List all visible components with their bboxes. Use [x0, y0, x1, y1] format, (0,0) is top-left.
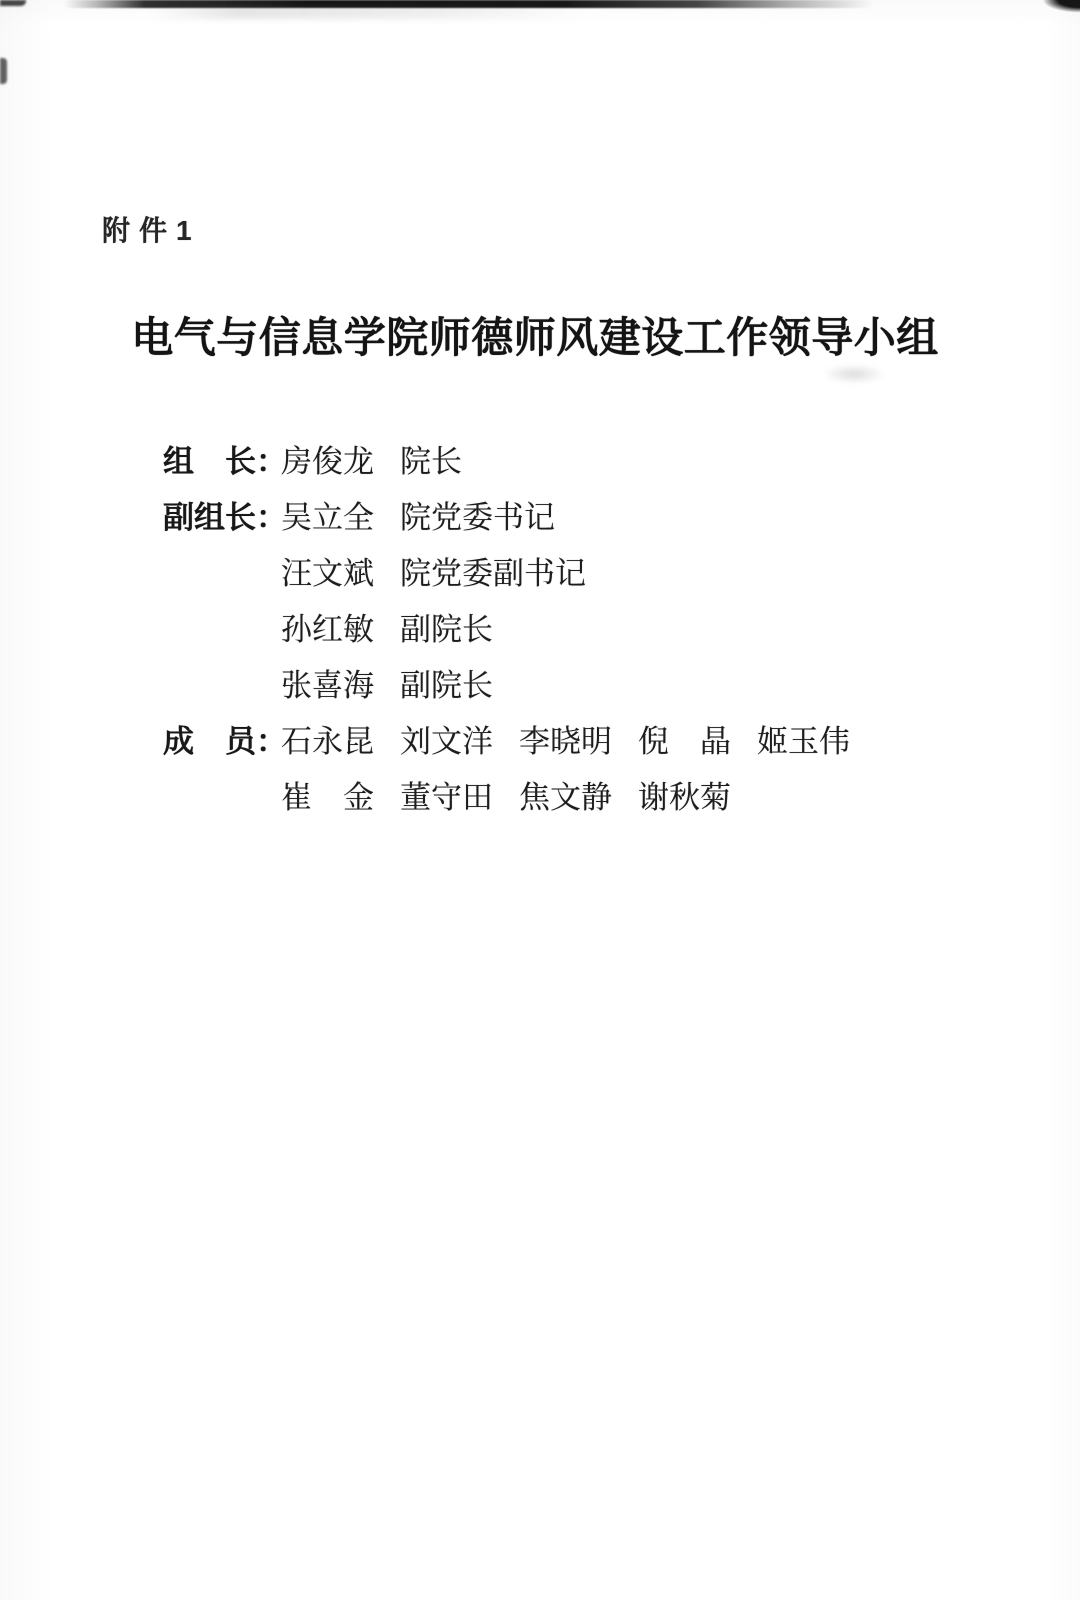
member-name: 石永昆: [281, 716, 374, 761]
scan-artifact-left-edge-mark: [0, 58, 7, 84]
member-name: 汪文斌: [281, 548, 400, 593]
member-name: 吴立全: [281, 492, 400, 537]
member-name: 倪 晶: [638, 716, 731, 761]
member-name: 李晓明: [519, 716, 612, 761]
member-name: 孙红敏: [281, 604, 400, 649]
roster-row-deputy-leader: 张喜海 副院长: [163, 654, 850, 710]
member-title: 副院长: [400, 660, 493, 705]
scan-artifact-top-right-corner: [1040, 0, 1080, 16]
scan-artifact-smudge: [822, 364, 886, 384]
roster-row-leader: 组 长： 房俊龙 院长: [163, 430, 850, 486]
member-name: 张喜海: [281, 660, 400, 705]
roster-row-members: 成 员： 石永昆 刘文洋 李晓明 倪 晶 姬玉伟: [163, 710, 850, 766]
member-name: 董守田: [400, 772, 493, 817]
member-name: 房俊龙: [281, 436, 400, 481]
roster-row-deputy-leader: 汪文斌 院党委副书记: [163, 542, 850, 598]
roster-row-members: 崔 金 董守田 焦文静 谢秋菊: [163, 766, 850, 822]
role-label: 成 员: [163, 716, 256, 761]
member-title: 副院长: [400, 604, 493, 649]
roster-row-deputy-leader: 副组长： 吴立全 院党委书记: [163, 486, 850, 542]
roster: 组 长： 房俊龙 院长 副组长： 吴立全 院党委书记 汪文斌 院党委副书记 孙红…: [163, 430, 850, 822]
members-list: 石永昆 刘文洋 李晓明 倪 晶 姬玉伟: [281, 716, 850, 761]
member-name: 崔 金: [281, 772, 374, 817]
member-name: 姬玉伟: [757, 716, 850, 761]
member-title: 院党委书记: [400, 492, 555, 537]
member-name: 刘文洋: [400, 716, 493, 761]
roster-row-deputy-leader: 孙红敏 副院长: [163, 598, 850, 654]
scan-artifact-top-edge: [64, 0, 874, 8]
attachment-label: 附件1: [102, 209, 201, 249]
role-label: 副组长: [163, 492, 256, 537]
role-label-cell: 组 长：: [163, 436, 281, 481]
label-colon: ：: [256, 436, 281, 481]
member-name: 焦文静: [519, 772, 612, 817]
member-title: 院长: [400, 436, 462, 481]
role-label-cell: 副组长：: [163, 492, 281, 537]
scan-artifact-top-smear: [150, 6, 580, 19]
scanned-document-page: 附件1 电气与信息学院师德师风建设工作领导小组 组 长： 房俊龙 院长 副组长：…: [0, 0, 1080, 1600]
role-label: 组 长: [163, 436, 256, 481]
label-colon: ：: [256, 492, 281, 537]
document-title: 电气与信息学院师德师风建设工作领导小组: [0, 315, 1070, 361]
member-title: 院党委副书记: [400, 548, 586, 593]
members-list: 崔 金 董守田 焦文静 谢秋菊: [281, 772, 731, 817]
scan-artifact-top-left-corner: [0, 0, 26, 6]
label-colon: ：: [256, 716, 281, 761]
member-name: 谢秋菊: [638, 772, 731, 817]
role-label-cell: 成 员：: [163, 716, 281, 761]
